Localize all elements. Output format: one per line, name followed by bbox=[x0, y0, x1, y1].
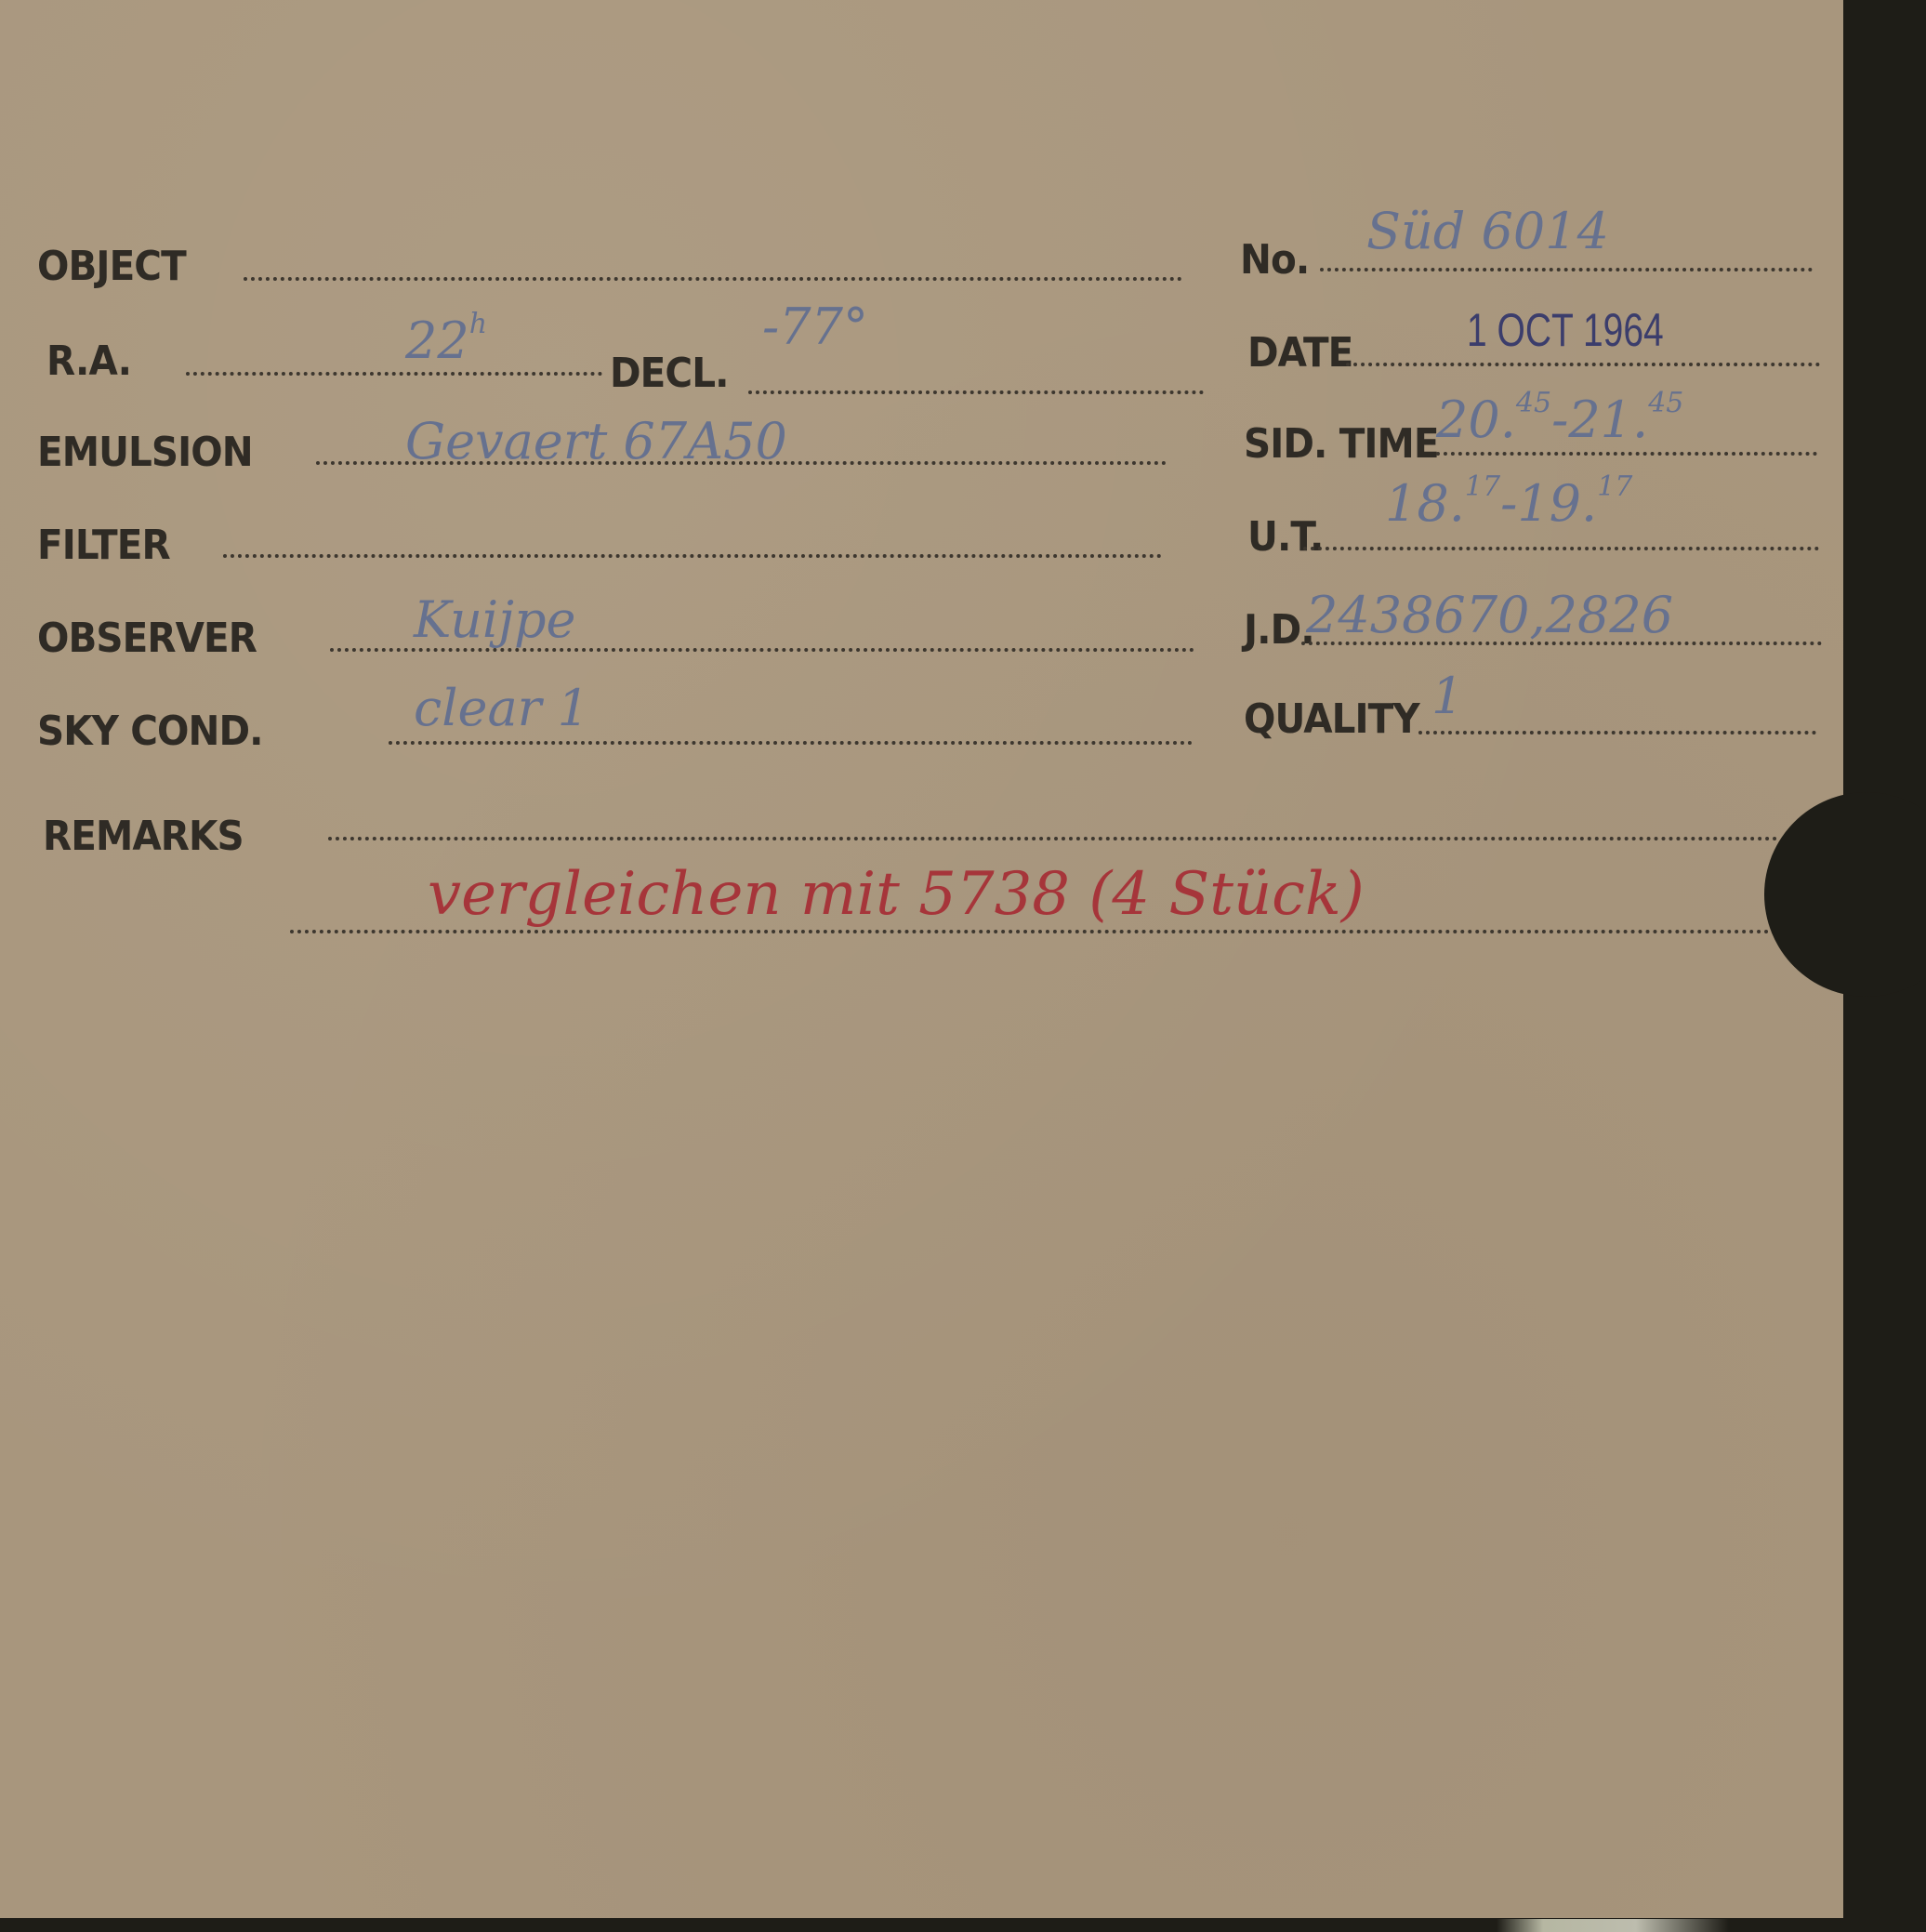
sky-cond-value: clear 1 bbox=[414, 683, 589, 734]
sid-time-line bbox=[1436, 452, 1817, 456]
ut-line bbox=[1303, 547, 1819, 550]
sky-cond-label: SKY COND. bbox=[37, 711, 263, 752]
remarks-line-1 bbox=[328, 837, 1778, 840]
ra-label: R.A. bbox=[46, 341, 131, 382]
decl-line bbox=[748, 390, 1204, 394]
quality-value: 1 bbox=[1431, 671, 1463, 721]
no-value: Süd 6014 bbox=[1366, 206, 1609, 257]
sky-cond-line bbox=[389, 741, 1193, 745]
plate-envelope: OBJECT R.A. 22h DECL. -77° EMULSION Geva… bbox=[0, 0, 1843, 1918]
sid-time-value: 20.45-21.45 bbox=[1436, 395, 1683, 445]
date-label: DATE bbox=[1247, 333, 1352, 374]
no-label: No. bbox=[1240, 240, 1309, 281]
decl-value: -77° bbox=[762, 302, 868, 352]
emulsion-value: Gevaert 67A50 bbox=[405, 417, 787, 467]
filter-label: FILTER bbox=[37, 525, 170, 566]
no-line bbox=[1320, 268, 1813, 271]
quality-label: QUALITY bbox=[1244, 699, 1419, 740]
ra-value: 22h bbox=[405, 316, 487, 366]
jd-value: 2438670,2826 bbox=[1306, 590, 1673, 641]
date-line bbox=[1346, 363, 1820, 366]
scan-glare bbox=[1497, 1919, 1729, 1932]
ut-value: 18.17-19.17 bbox=[1385, 479, 1632, 529]
ra-line bbox=[186, 372, 602, 376]
object-label: OBJECT bbox=[37, 246, 186, 287]
emulsion-label: EMULSION bbox=[37, 432, 253, 473]
quality-line bbox=[1418, 731, 1816, 734]
remarks-line-2 bbox=[290, 930, 1777, 933]
decl-label: DECL. bbox=[610, 353, 729, 394]
ut-label: U.T. bbox=[1247, 517, 1323, 558]
date-stamp: 1 OCT 1964 bbox=[1467, 307, 1664, 353]
observer-value: Kuijpe bbox=[414, 595, 575, 645]
sid-time-label: SID. TIME bbox=[1244, 424, 1439, 465]
filter-line bbox=[223, 554, 1162, 558]
object-line bbox=[244, 277, 1182, 281]
remarks-value: vergleichen mit 5738 (4 Stück) bbox=[428, 865, 1365, 924]
remarks-label: REMARKS bbox=[43, 816, 244, 857]
observer-label: OBSERVER bbox=[37, 618, 257, 659]
